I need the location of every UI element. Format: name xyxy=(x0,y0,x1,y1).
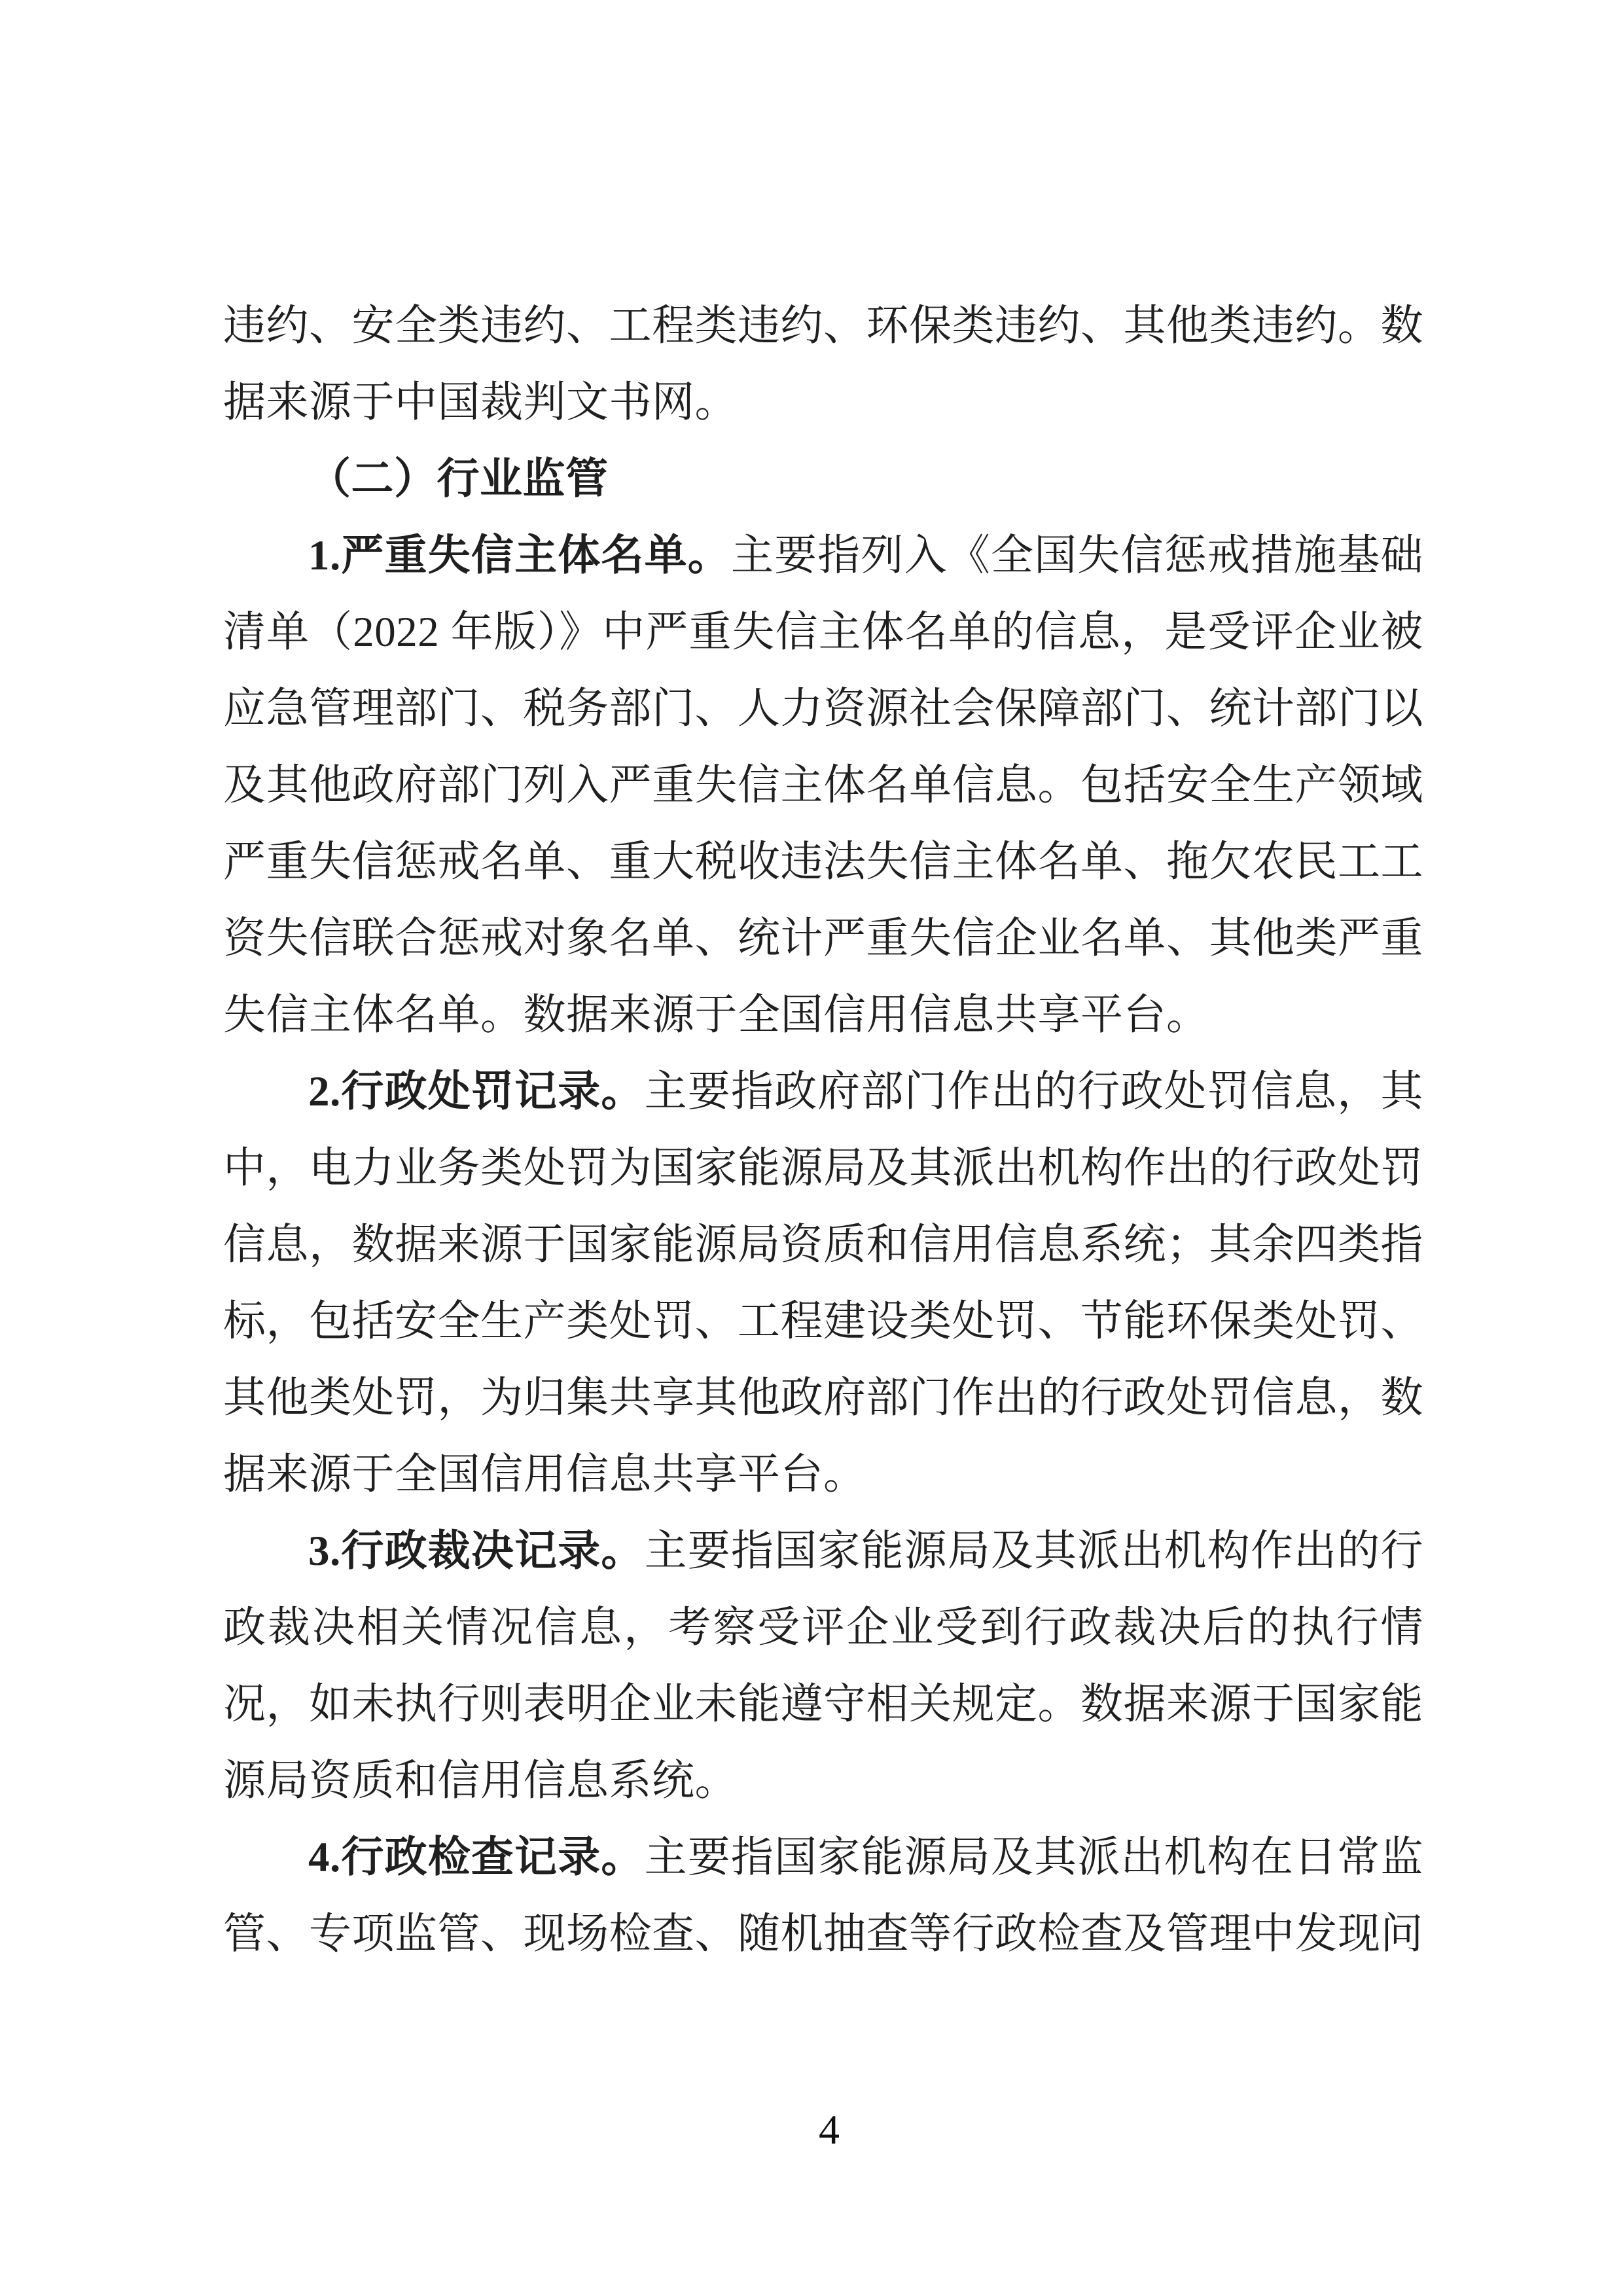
document-body: 违约、安全类违约、工程类违约、环保类违约、其他类违约。数据来源于中国裁判文书网。… xyxy=(223,288,1423,1973)
item-3-lead: 3.行政裁决记录。 xyxy=(308,1528,645,1575)
document-page: 违约、安全类违约、工程类违约、环保类违约、其他类违约。数据来源于中国裁判文书网。… xyxy=(0,0,1623,2296)
item-1-text: 主要指列入《全国失信惩戒措施基础清单（2022 年版）》中严重失信主体名单的信息… xyxy=(223,532,1423,1039)
paragraph-item-1: 1.严重失信主体名单。主要指列入《全国失信惩戒措施基础清单（2022 年版）》中… xyxy=(223,518,1423,1054)
paragraph-item-2: 2.行政处罚记录。主要指政府部门作出的行政处罚信息，其中，电力业务类处罚为国家能… xyxy=(223,1054,1423,1513)
paragraph-continuation: 违约、安全类违约、工程类违约、环保类违约、其他类违约。数据来源于中国裁判文书网。 xyxy=(223,288,1423,441)
page-number: 4 xyxy=(819,2106,840,2153)
section-heading: （二）行业监管 xyxy=(223,441,1423,518)
item-1-lead: 1.严重失信主体名单。 xyxy=(308,532,731,579)
item-2-text: 主要指政府部门作出的行政处罚信息，其中，电力业务类处罚为国家能源局及其派出机构作… xyxy=(223,1068,1423,1498)
page-footer: 4 xyxy=(0,2109,1623,2151)
paragraph-item-4: 4.行政检查记录。主要指国家能源局及其派出机构在日常监管、专项监管、现场检查、随… xyxy=(223,1820,1423,1973)
paragraph-item-3: 3.行政裁决记录。主要指国家能源局及其派出机构作出的行政裁决相关情况信息，考察受… xyxy=(223,1513,1423,1820)
item-4-lead: 4.行政检查记录。 xyxy=(308,1834,645,1881)
item-2-lead: 2.行政处罚记录。 xyxy=(308,1068,645,1115)
